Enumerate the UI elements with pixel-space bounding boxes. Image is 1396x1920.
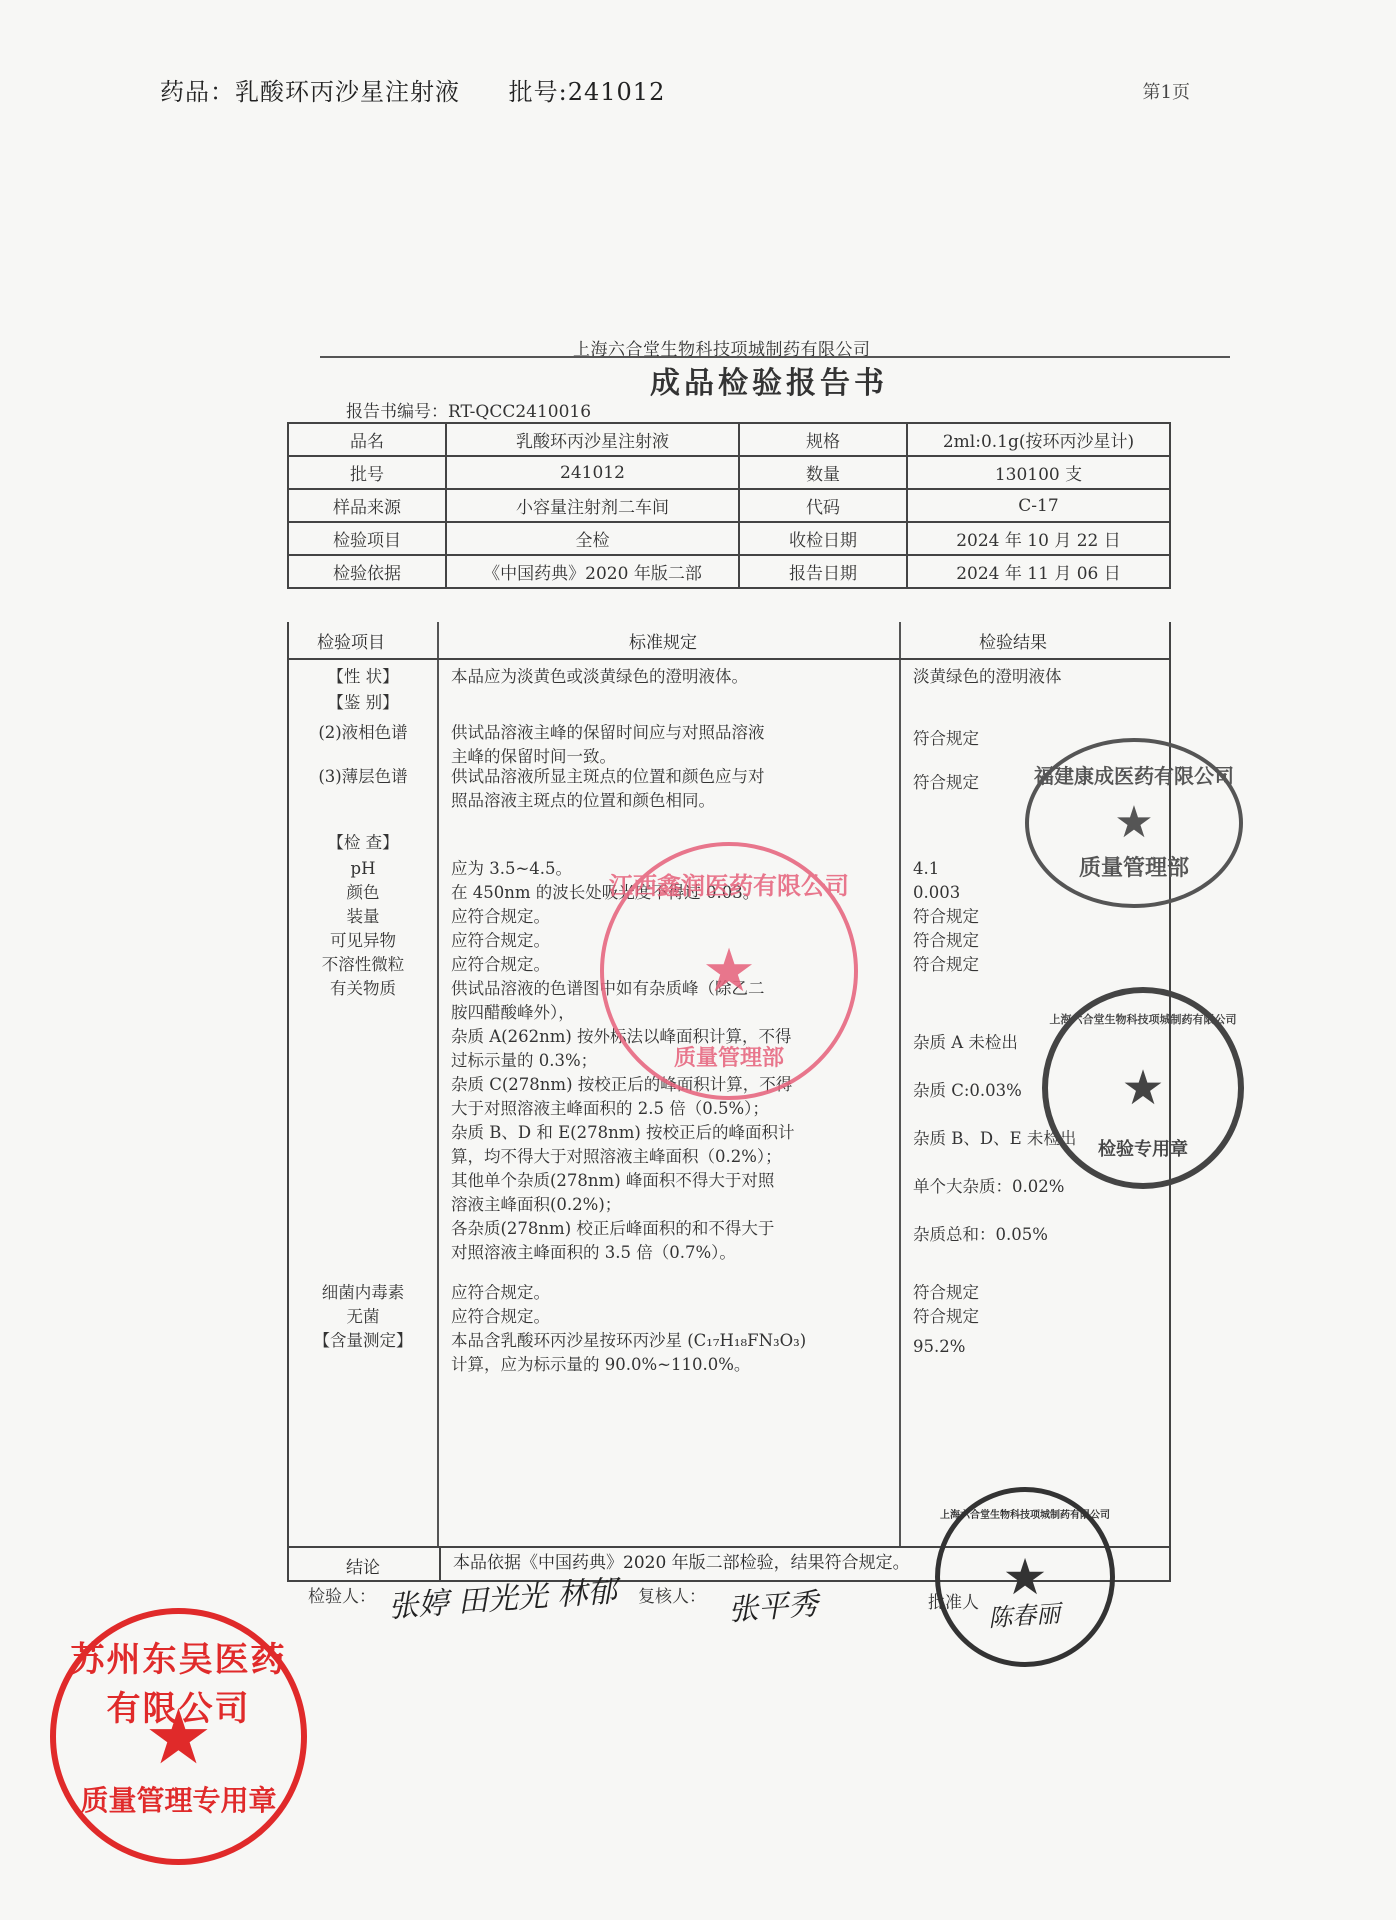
result-standard: 本品应为淡黄色或淡黄绿色的澄明液体。 [451, 666, 748, 688]
info-row: 检验依据《中国药典》2020 年版二部报告日期2024 年 11 月 06 日 [288, 555, 1170, 588]
result-standard: 照品溶液主斑点的位置和颜色相同。 [451, 790, 715, 812]
info-value: 《中国药典》2020 年版二部 [446, 555, 739, 588]
result-item: 【鉴 别】 [289, 692, 437, 714]
result-value: 符合规定 [913, 772, 979, 794]
info-label: 检验项目 [288, 522, 446, 555]
info-value2: C-17 [907, 489, 1170, 522]
result-item: 细菌内毒素 [289, 1282, 437, 1304]
star-icon: ★ [1003, 1552, 1048, 1602]
info-label2: 规格 [739, 423, 907, 456]
info-label2: 报告日期 [739, 555, 907, 588]
result-item: 无菌 [289, 1306, 437, 1328]
result-standard: 应符合规定。 [451, 1306, 550, 1328]
stamp-text: 上海六合堂生物科技项城制药有限公司 [940, 1506, 1110, 1521]
info-row: 批号241012数量130100 支 [288, 456, 1170, 489]
star-icon: ★ [1114, 801, 1153, 845]
info-table: 品名乳酸环丙沙星注射液规格2ml:0.1g(按环丙沙星计)批号241012数量1… [287, 422, 1171, 589]
stamp-text: 上海六合堂生物科技项城制药有限公司 [1048, 1011, 1238, 1027]
info-value2: 2024 年 10 月 22 日 [907, 522, 1170, 555]
page-number: 第1页 [1143, 78, 1190, 104]
stamp-text: 福建康成医药有限公司 [1029, 760, 1239, 789]
result-value: 符合规定 [913, 954, 979, 976]
result-value: 95.2% [913, 1336, 965, 1358]
result-value: 符合规定 [913, 930, 979, 952]
results-header: 检验项目 标准规定 检验结果 [289, 622, 1169, 660]
result-standard: 大于对照溶液主峰面积的 2.5 倍（0.5%）； [451, 1098, 769, 1120]
result-standard: 本品含乳酸环丙沙星按环丙沙星 (C₁₇H₁₈FN₃O₃) [451, 1330, 806, 1352]
info-value: 全检 [446, 522, 739, 555]
star-icon: ★ [1121, 1064, 1164, 1112]
info-label2: 数量 [739, 456, 907, 489]
result-item: 【含量测定】 [289, 1330, 437, 1352]
stamp-text: 江西鑫润医药有限公司 [604, 866, 854, 901]
result-value: 杂质 A 未检出 [913, 1032, 1018, 1054]
suzhou-stamp: 苏州东吴医药有限公司 ★ 质量管理专用章 [50, 1608, 307, 1865]
result-value: 4.1 [913, 858, 939, 880]
stamp-text: 质量管理部 [604, 1041, 854, 1072]
result-value: 0.003 [913, 882, 960, 904]
info-label2: 代码 [739, 489, 907, 522]
reviewer-label: 复核人： [638, 1582, 706, 1607]
star-icon: ★ [702, 941, 756, 1001]
header-result: 检验结果 [979, 628, 1047, 653]
page-header: 药品：乳酸环丙沙星注射液 批号:241012 第1页 [160, 72, 1190, 112]
info-value: 小容量注射剂二车间 [446, 489, 739, 522]
result-standard: 溶液主峰面积(0.2%)； [451, 1194, 621, 1216]
info-row: 品名乳酸环丙沙星注射液规格2ml:0.1g(按环丙沙星计) [288, 423, 1170, 456]
result-standard: 各杂质(278nm) 校正后峰面积的和不得大于 [451, 1218, 774, 1240]
result-value: 杂质 C:0.03% [913, 1080, 1022, 1102]
qc-stamp: 上海六合堂生物科技项城制药有限公司 ★ 检验专用章 [1042, 987, 1244, 1189]
info-label2: 收检日期 [739, 522, 907, 555]
result-standard: 应为 3.5~4.5。 [451, 858, 572, 880]
info-label: 批号 [288, 456, 446, 489]
result-standard: 计算，应为标示量的 90.0%~110.0%。 [451, 1354, 750, 1376]
result-item: 颜色 [289, 882, 437, 904]
info-label: 样品来源 [288, 489, 446, 522]
inspector-label: 检验人： [308, 1582, 376, 1607]
result-standard: 应符合规定。 [451, 954, 550, 976]
result-standard: 主峰的保留时间一致。 [451, 746, 616, 768]
batch-number: 批号:241012 [509, 78, 666, 106]
drug-batch-line: 药品：乳酸环丙沙星注射液 批号:241012 [160, 72, 665, 107]
result-value: 单个大杂质：0.02% [913, 1176, 1064, 1198]
info-value: 乳酸环丙沙星注射液 [446, 423, 739, 456]
result-item: 装量 [289, 906, 437, 928]
result-item: 可见异物 [289, 930, 437, 952]
result-standard: 胺四醋酸峰外）， [451, 1002, 575, 1024]
jiangxi-stamp: 江西鑫润医药有限公司 ★ 质量管理部 [600, 842, 858, 1100]
result-standard: 其他单个杂质(278nm) 峰面积不得大于对照 [451, 1170, 774, 1192]
drug-name: 药品：乳酸环丙沙星注射液 [160, 78, 460, 106]
stamp-text: 苏州东吴医药有限公司 [56, 1632, 301, 1730]
result-value: 淡黄绿色的澄明液体 [913, 666, 1062, 688]
info-value: 241012 [446, 456, 739, 489]
info-label: 品名 [288, 423, 446, 456]
header-standard: 标准规定 [629, 628, 697, 653]
info-value2: 2ml:0.1g(按环丙沙星计) [907, 423, 1170, 456]
result-item: 【性 状】 [289, 666, 437, 688]
company-stamp: 上海六合堂生物科技项城制药有限公司 ★ [935, 1487, 1115, 1667]
result-item: 【检 查】 [289, 832, 437, 854]
reviewer-signature: 张平秀 [727, 1579, 820, 1629]
column-divider [899, 622, 901, 1546]
kangcheng-stamp: 福建康成医药有限公司 ★ 质量管理部 [1025, 738, 1243, 908]
result-value: 符合规定 [913, 728, 979, 750]
header-item: 检验项目 [317, 628, 385, 653]
result-standard: 对照溶液主峰面积的 3.5 倍（0.7%）。 [451, 1242, 736, 1264]
result-item: pH [289, 858, 437, 880]
result-value: 符合规定 [913, 906, 979, 928]
info-value2: 2024 年 11 月 06 日 [907, 555, 1170, 588]
report-title: 成品检验报告书 [650, 358, 888, 402]
result-value: 符合规定 [913, 1282, 979, 1304]
result-item: 不溶性微粒 [289, 954, 437, 976]
column-divider [437, 622, 439, 1546]
info-label: 检验依据 [288, 555, 446, 588]
conclusion-label: 结论 [289, 1553, 437, 1578]
result-standard: 供试品溶液所显主斑点的位置和颜色应与对 [451, 766, 765, 788]
result-value: 符合规定 [913, 1306, 979, 1328]
info-value2: 130100 支 [907, 456, 1170, 489]
result-standard: 应符合规定。 [451, 906, 550, 928]
stamp-text: 质量管理专用章 [56, 1779, 301, 1819]
result-item: 有关物质 [289, 978, 437, 1000]
result-standard: 应符合规定。 [451, 1282, 550, 1304]
result-standard: 应符合规定。 [451, 930, 550, 952]
stamp-text: 检验专用章 [1048, 1135, 1238, 1161]
result-standard: 供试品溶液主峰的保留时间应与对照品溶液 [451, 722, 765, 744]
result-standard: 过标示量的 0.3%； [451, 1050, 597, 1072]
info-row: 检验项目全检收检日期2024 年 10 月 22 日 [288, 522, 1170, 555]
result-value: 杂质总和：0.05% [913, 1224, 1048, 1246]
result-item: (2)液相色谱 [289, 722, 437, 744]
result-standard: 杂质 B、D 和 E(278nm) 按校正后的峰面积计 [451, 1122, 795, 1144]
report-number: 报告书编号：RT-QCC2410016 [346, 397, 591, 422]
stamp-text: 质量管理部 [1029, 851, 1239, 882]
result-item: (3)薄层色谱 [289, 766, 437, 788]
info-row: 样品来源小容量注射剂二车间代码C-17 [288, 489, 1170, 522]
result-standard: 算，均不得大于对照溶液主峰面积（0.2%）； [451, 1146, 782, 1168]
